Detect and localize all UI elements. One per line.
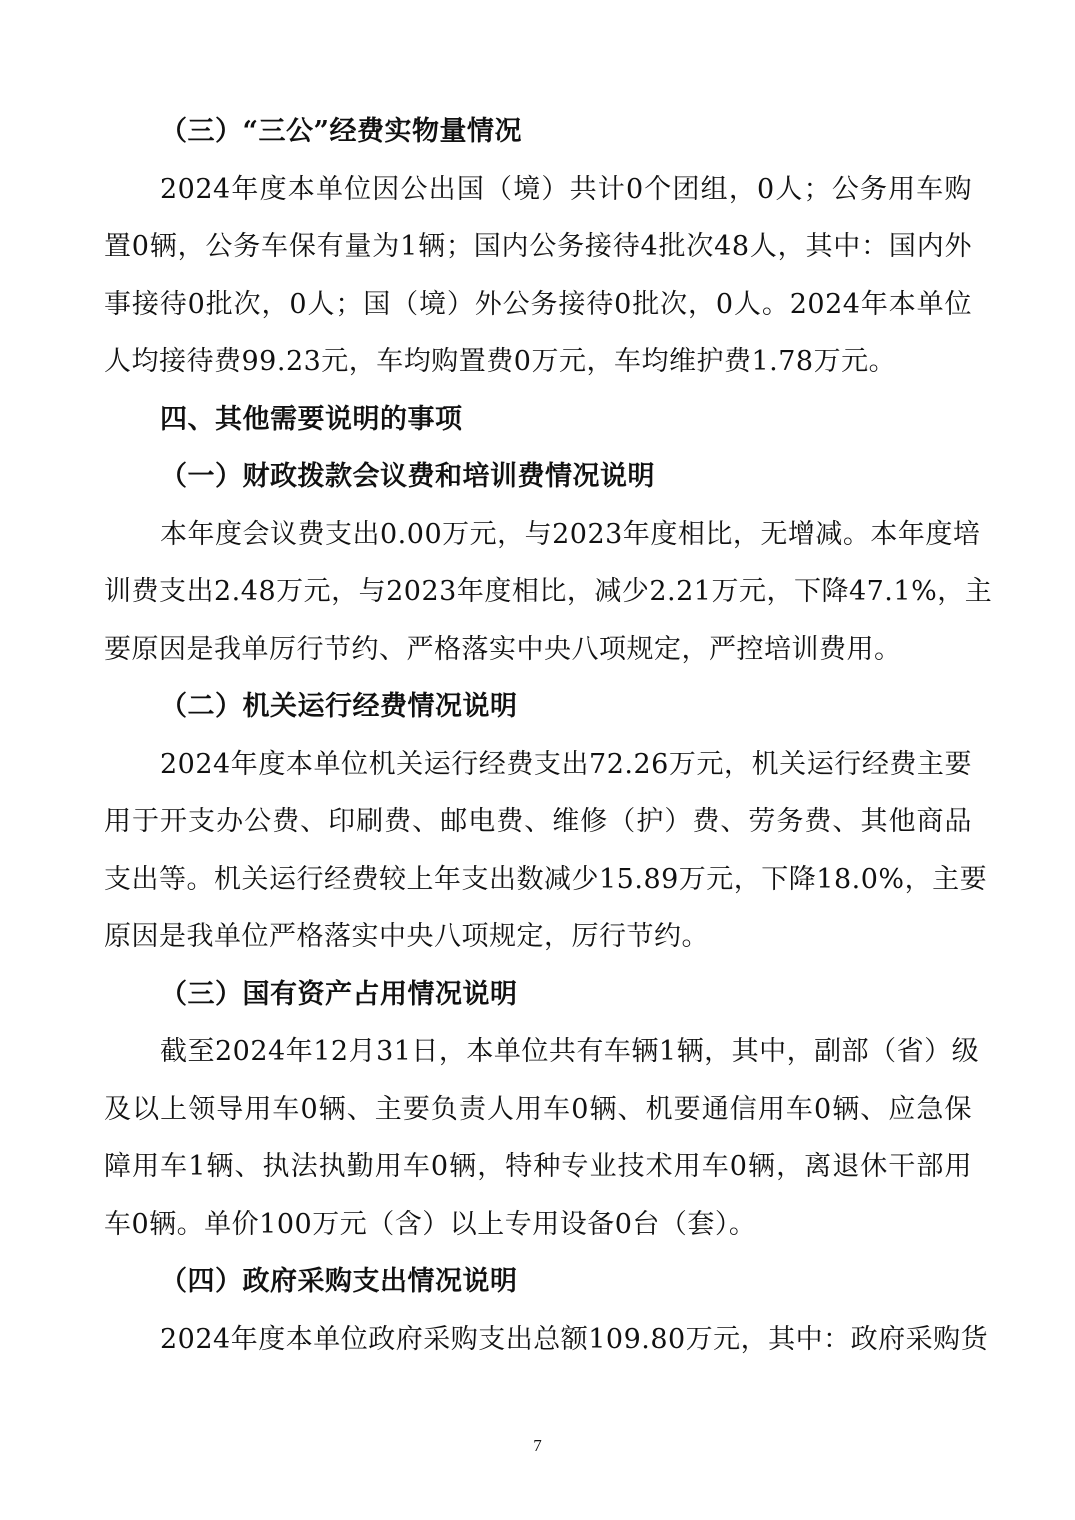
paragraph-line: 2024年度本单位因公出国（境）共计0个团组，0人；公务用车购 [104, 161, 972, 219]
section-heading-operating-expenses: （二）机关运行经费情况说明 [104, 678, 972, 736]
paragraph-line: 2024年度本单位机关运行经费支出72.26万元，机关运行经费主要 [104, 736, 972, 794]
paragraph-line: 人均接待费99.23元，车均购置费0万元，车均维护费1.78万元。 [104, 333, 972, 391]
paragraph-line: 截至2024年12月31日，本单位共有车辆1辆，其中，副部（省）级 [104, 1023, 972, 1081]
paragraph-line: 车0辆。单价100万元（含）以上专用设备0台（套）。 [104, 1196, 972, 1254]
page-number: 7 [0, 1436, 1075, 1456]
section-heading-state-assets: （三）国有资产占用情况说明 [104, 966, 972, 1024]
paragraph-line: 及以上领导用车0辆、主要负责人用车0辆、机要通信用车0辆、应急保 [104, 1081, 972, 1139]
paragraph-line: 支出等。机关运行经费较上年支出数减少15.89万元，下降18.0%，主要 [104, 851, 972, 909]
section-heading-other-matters: 四、其他需要说明的事项 [104, 391, 972, 449]
paragraph-line: 2024年度本单位政府采购支出总额109.80万元，其中：政府采购货 [104, 1311, 972, 1369]
paragraph-line: 置0辆，公务车保有量为1辆；国内公务接待4批次48人，其中：国内外 [104, 218, 972, 276]
paragraph-line: 事接待0批次，0人；国（境）外公务接待0批次，0人。2024年本单位 [104, 276, 972, 334]
paragraph-line: 本年度会议费支出0.00万元，与2023年度相比，无增减。本年度培 [104, 506, 972, 564]
document-page: （三）“三公”经费实物量情况 2024年度本单位因公出国（境）共计0个团组，0人… [104, 103, 972, 1368]
paragraph-line: 要原因是我单厉行节约、严格落实中央八项规定，严控培训费用。 [104, 621, 972, 679]
section-heading-sangong-physical: （三）“三公”经费实物量情况 [104, 103, 972, 161]
section-heading-meeting-training: （一）财政拨款会议费和培训费情况说明 [104, 448, 972, 506]
paragraph-line: 训费支出2.48万元，与2023年度相比，减少2.21万元，下降47.1%，主 [104, 563, 972, 621]
section-heading-government-procurement: （四）政府采购支出情况说明 [104, 1253, 972, 1311]
paragraph-line: 障用车1辆、执法执勤用车0辆，特种专业技术用车0辆，离退休干部用 [104, 1138, 972, 1196]
paragraph-line: 原因是我单位严格落实中央八项规定，厉行节约。 [104, 908, 972, 966]
paragraph-line: 用于开支办公费、印刷费、邮电费、维修（护）费、劳务费、其他商品 [104, 793, 972, 851]
